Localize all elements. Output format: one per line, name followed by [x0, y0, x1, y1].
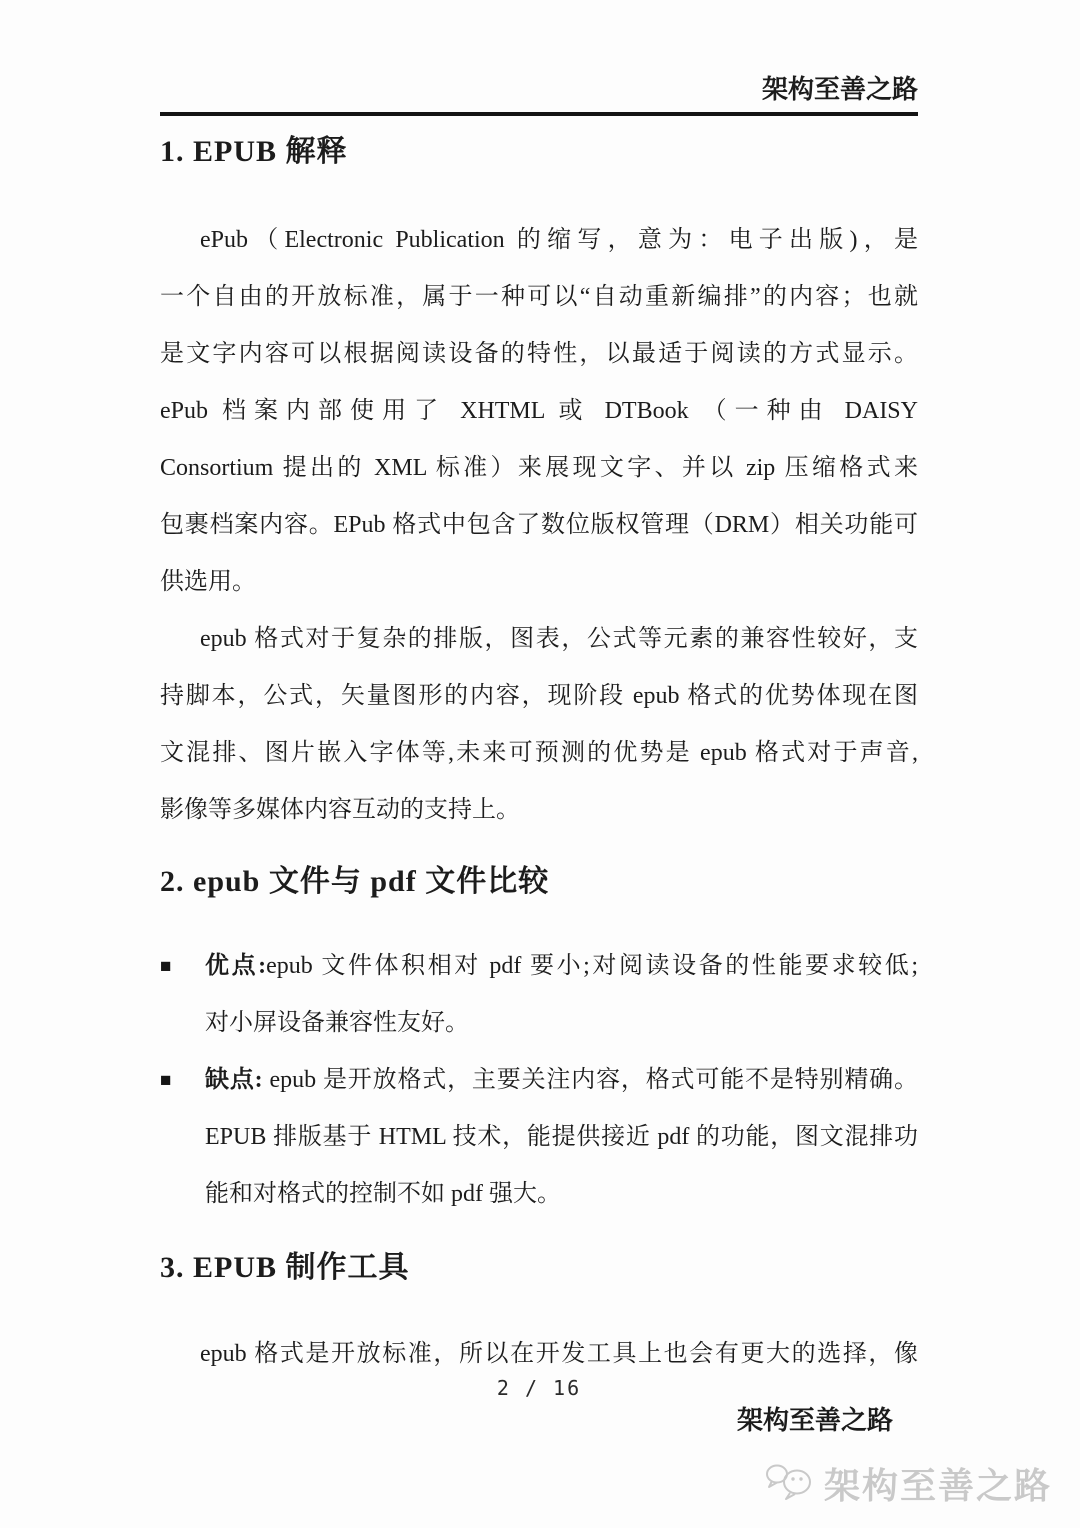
bullet-text: epub 文件体积相对 pdf 要小;对阅读设备的性能要求较低; [266, 953, 918, 979]
wechat-icon [764, 1461, 816, 1506]
bullet-square-icon: ■ [160, 938, 205, 1052]
paragraph-line: 包裹档案内容。EPub 格式中包含了数位版权管理（DRM）相关功能可 [160, 497, 918, 554]
header-rule [160, 112, 918, 116]
bullet-line: 能和对格式的控制不如 pdf 强大。 [205, 1166, 918, 1223]
bullet-line: EPUB 排版基于 HTML 技术，能提供接近 pdf 的功能，图文混排功 [205, 1109, 918, 1166]
paragraph-line: epub 格式是开放标准，所以在开发工具上也会有更大的选择，像 [160, 1326, 918, 1383]
bullet-line: 对小屏设备兼容性友好。 [205, 995, 918, 1052]
paragraph-line: Consortium 提出的 XML 标准）来展现文字、并以 zip 压缩格式来 [160, 440, 918, 497]
paragraph-line: ePub（Electronic Publication 的缩写，意为：电子出版)… [160, 212, 918, 269]
paragraph-epub-tools: epub 格式是开放标准，所以在开发工具上也会有更大的选择，像 [160, 1326, 918, 1383]
paragraph-line: 供选用。 [160, 554, 918, 611]
paragraph-epub-definition: ePub（Electronic Publication 的缩写，意为：电子出版)… [160, 212, 918, 611]
bullet-line: 缺点: epub 是开放格式，主要关注内容，格式可能不是特别精确。 [205, 1052, 918, 1109]
watermark: 架构至善之路 [764, 1458, 1052, 1509]
paragraph-line: 一个自由的开放标准，属于一种可以“自动重新编排”的内容；也就 [160, 269, 918, 326]
paragraph-line: epub 格式对于复杂的排版，图表，公式等元素的兼容性较好，支 [160, 611, 918, 668]
paragraph-epub-compatibility: epub 格式对于复杂的排版，图表，公式等元素的兼容性较好，支 持脚本，公式，矢… [160, 611, 918, 839]
page-indicator: 2 / 16 [160, 1376, 918, 1400]
paragraph-line: 文混排、图片嵌入字体等,未来可预测的优势是 epub 格式对于声音, [160, 725, 918, 782]
bullet-square-icon: ■ [160, 1052, 205, 1223]
bullet-term: 优点: [205, 953, 266, 979]
bullet-term: 缺点: [205, 1067, 263, 1093]
bullet-line: 优点:epub 文件体积相对 pdf 要小;对阅读设备的性能要求较低; [205, 938, 918, 995]
section-heading-3: 3. EPUB 制作工具 [160, 1246, 918, 1290]
footer-brand: 架构至善之路 [160, 1400, 918, 1437]
section-heading-2: 2. epub 文件与 pdf 文件比较 [160, 860, 918, 904]
list-item-advantages: ■ 优点:epub 文件体积相对 pdf 要小;对阅读设备的性能要求较低; 对小… [160, 938, 918, 1052]
paragraph-line: 是文字内容可以根据阅读设备的特性，以最适于阅读的方式显示。 [160, 326, 918, 383]
paragraph-line: ePub 档案内部使用了 XHTML 或 DTBook （一种由 DAISY [160, 383, 918, 440]
section-heading-1: 1. EPUB 解释 [160, 130, 918, 174]
bullet-text: epub 是开放格式，主要关注内容，格式可能不是特别精确。 [263, 1067, 918, 1093]
paragraph-line: 影像等多媒体内容互动的支持上。 [160, 782, 918, 839]
paragraph-line: 持脚本，公式，矢量图形的内容，现阶段 epub 格式的优势体现在图 [160, 668, 918, 725]
watermark-text: 架构至善之路 [824, 1458, 1052, 1509]
header-brand: 架构至善之路 [160, 72, 918, 106]
list-item-disadvantages: ■ 缺点: epub 是开放格式，主要关注内容，格式可能不是特别精确。 EPUB… [160, 1052, 918, 1223]
